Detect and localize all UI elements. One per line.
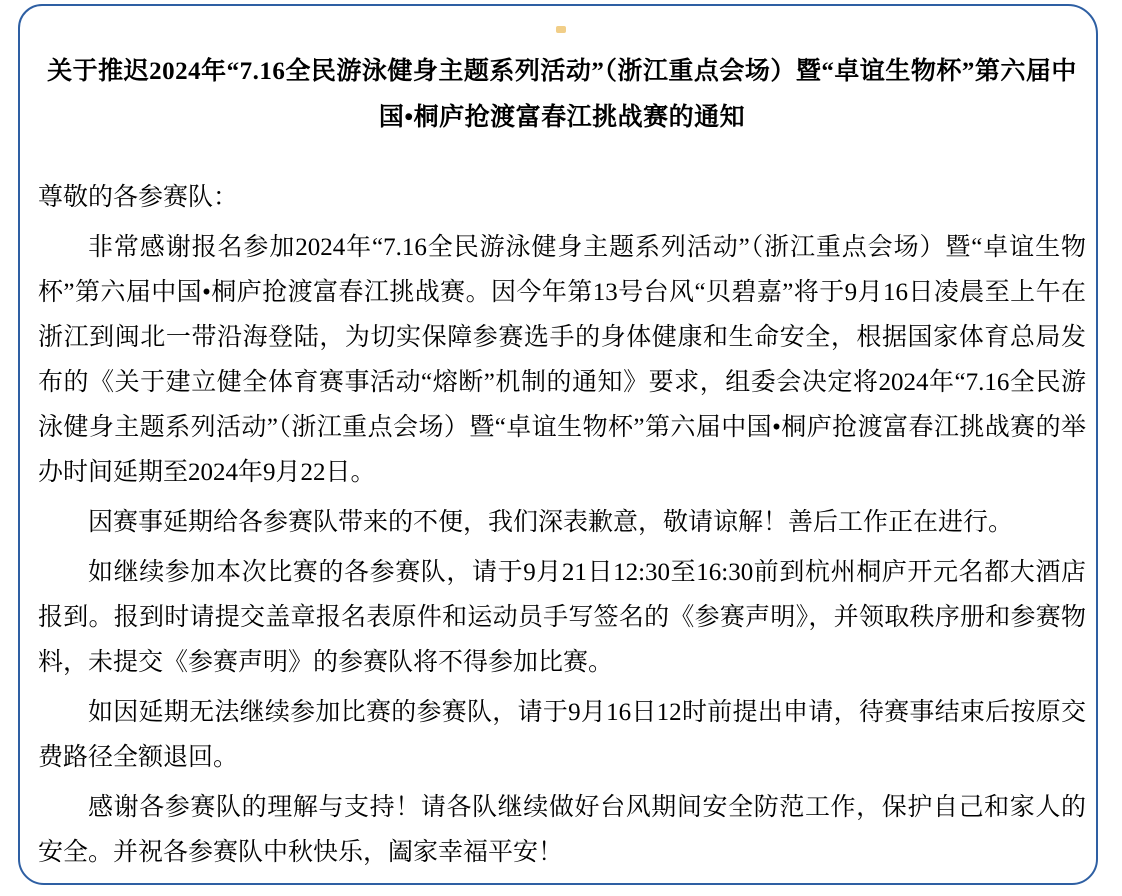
notice-paragraph: 非常感谢报名参加2024年“7.16全民游泳健身主题系列活动”（浙江重点会场）暨… (38, 225, 1086, 495)
notice-greeting: 尊敬的各参赛队： (38, 175, 1086, 220)
notice-document-page: 关于推迟2024年“7.16全民游泳健身主题系列活动”（浙江重点会场）暨“卓谊生… (0, 0, 1122, 896)
document-content: 关于推迟2024年“7.16全民游泳健身主题系列活动”（浙江重点会场）暨“卓谊生… (38, 0, 1086, 875)
notice-paragraph: 如因延期无法继续参加比赛的参赛队，请于9月16日12时前提出申请，待赛事结束后按… (38, 690, 1086, 780)
notice-paragraph: 感谢各参赛队的理解与支持！请各队继续做好台风期间安全防范工作，保护自己和家人的安… (38, 785, 1086, 875)
notice-paragraph: 如继续参加本次比赛的各参赛队，请于9月21日12:30至16:30前到杭州桐庐开… (38, 550, 1086, 685)
notice-paragraph: 因赛事延期给各参赛队带来的不便，我们深表歉意，敬请谅解！善后工作正在进行。 (38, 500, 1086, 545)
notice-title: 关于推迟2024年“7.16全民游泳健身主题系列活动”（浙江重点会场）暨“卓谊生… (38, 0, 1086, 141)
